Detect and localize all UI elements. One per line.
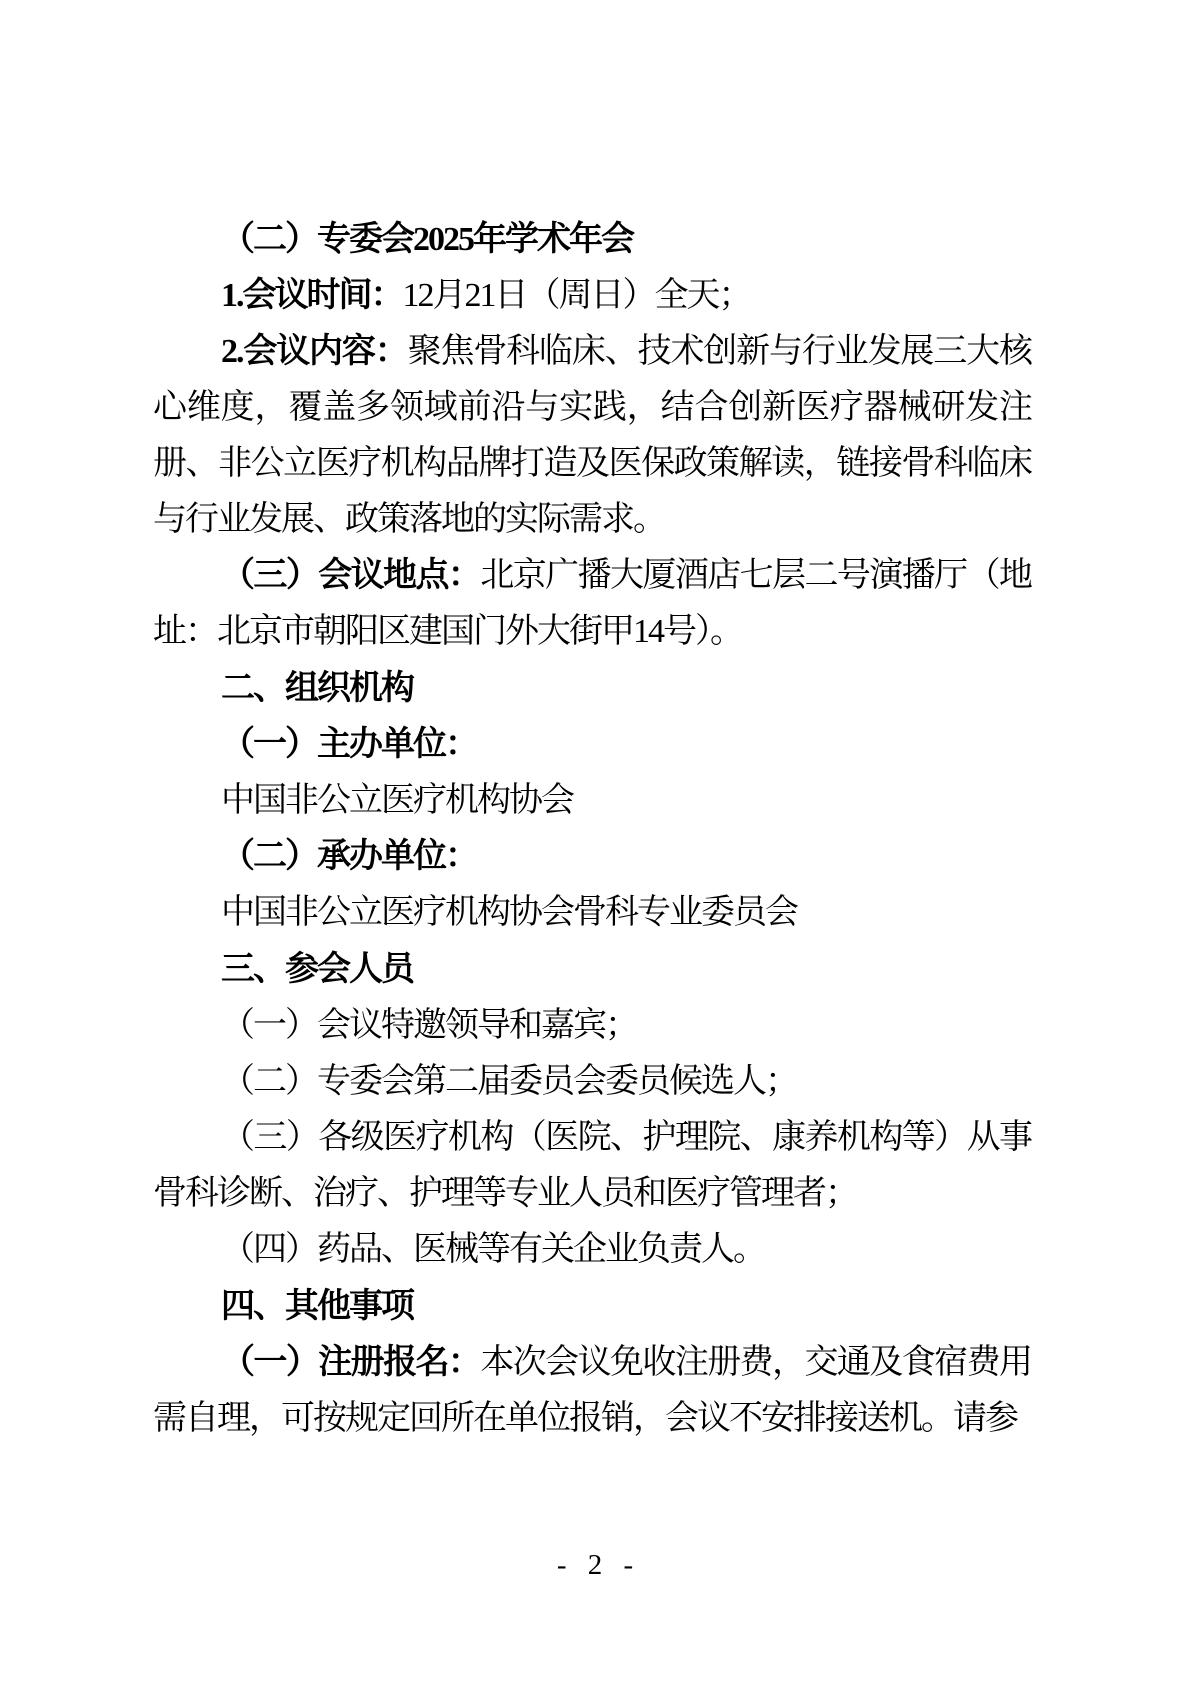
subsection-heading-text: （一）主办单位： (221, 726, 477, 763)
meeting-time-value: 12月21日（周日）全天； (403, 277, 751, 314)
meeting-time-label: 1.会议时间： (221, 277, 403, 314)
section-heading-text: 四、其他事项 (221, 1287, 413, 1325)
section-heading-organization: 二、组织机构 (153, 660, 1031, 717)
host-organization-name: 中国非公立医疗机构协会 (221, 782, 573, 819)
section-heading-text: 三、参会人员 (221, 950, 413, 988)
para-meeting-content: 2.会议内容：聚焦骨科临床、技术创新与行业发展三大核心维度，覆盖多领域前沿与实践… (153, 324, 1031, 548)
document-page: （二）专委会2025年学术年会 1.会议时间：12月21日（周日）全天； 2.会… (0, 0, 1190, 1683)
organizer-organization-name: 中国非公立医疗机构协会骨科专业委员会 (221, 894, 797, 931)
meeting-location-label: （三）会议地点： (221, 557, 480, 594)
subsection-heading-text: （二）承办单位： (221, 838, 477, 875)
para-participants-item-4: （四）药品、医械等有关企业负责人。 (153, 1222, 1031, 1278)
section-heading-participants: 三、参会人员 (153, 941, 1031, 998)
subsection-heading-annual-conference: （二）专委会2025年学术年会 (153, 212, 1031, 268)
section-heading-other-matters: 四、其他事项 (153, 1278, 1031, 1335)
section-heading-text: 二、组织机构 (221, 669, 413, 707)
document-body: （二）专委会2025年学术年会 1.会议时间：12月21日（周日）全天； 2.会… (153, 212, 1031, 1447)
para-host-organization: 中国非公立医疗机构协会 (153, 773, 1031, 829)
para-participants-item-2: （二）专委会第二届委员会委员候选人； (153, 1054, 1031, 1110)
para-registration: （一）注册报名：本次会议免收注册费，交通及食宿费用需自理，可按规定回所在单位报销… (153, 1335, 1031, 1447)
para-organizer-organization: 中国非公立医疗机构协会骨科专业委员会 (153, 885, 1031, 941)
subsection-heading-text: （二）专委会2025年学术年会 (221, 221, 633, 258)
para-participants-item-3: （三）各级医疗机构（医院、护理院、康养机构等）从事骨科诊断、治疗、护理等专业人员… (153, 1110, 1031, 1222)
participants-item-text: （四）药品、医械等有关企业负责人。 (221, 1231, 765, 1268)
para-participants-item-1: （一）会议特邀领导和嘉宾； (153, 998, 1031, 1054)
meeting-content-label: 2.会议内容： (221, 333, 408, 370)
participants-item-text: （一）会议特邀领导和嘉宾； (221, 1007, 637, 1044)
registration-label: （一）注册报名： (221, 1344, 480, 1381)
participants-item-text: （三）各级医疗机构（医院、护理院、康养机构等）从事骨科诊断、治疗、护理等专业人员… (153, 1119, 1031, 1212)
subsection-heading-organizer: （二）承办单位： (153, 829, 1031, 885)
para-meeting-time: 1.会议时间：12月21日（周日）全天； (153, 268, 1031, 324)
participants-item-text: （二）专委会第二届委员会委员候选人； (221, 1063, 797, 1100)
page-number: - 2 - (0, 1548, 1190, 1582)
para-meeting-location: （三）会议地点：北京广播大厦酒店七层二号演播厅（地址：北京市朝阳区建国门外大街甲… (153, 548, 1031, 660)
subsection-heading-host: （一）主办单位： (153, 717, 1031, 773)
